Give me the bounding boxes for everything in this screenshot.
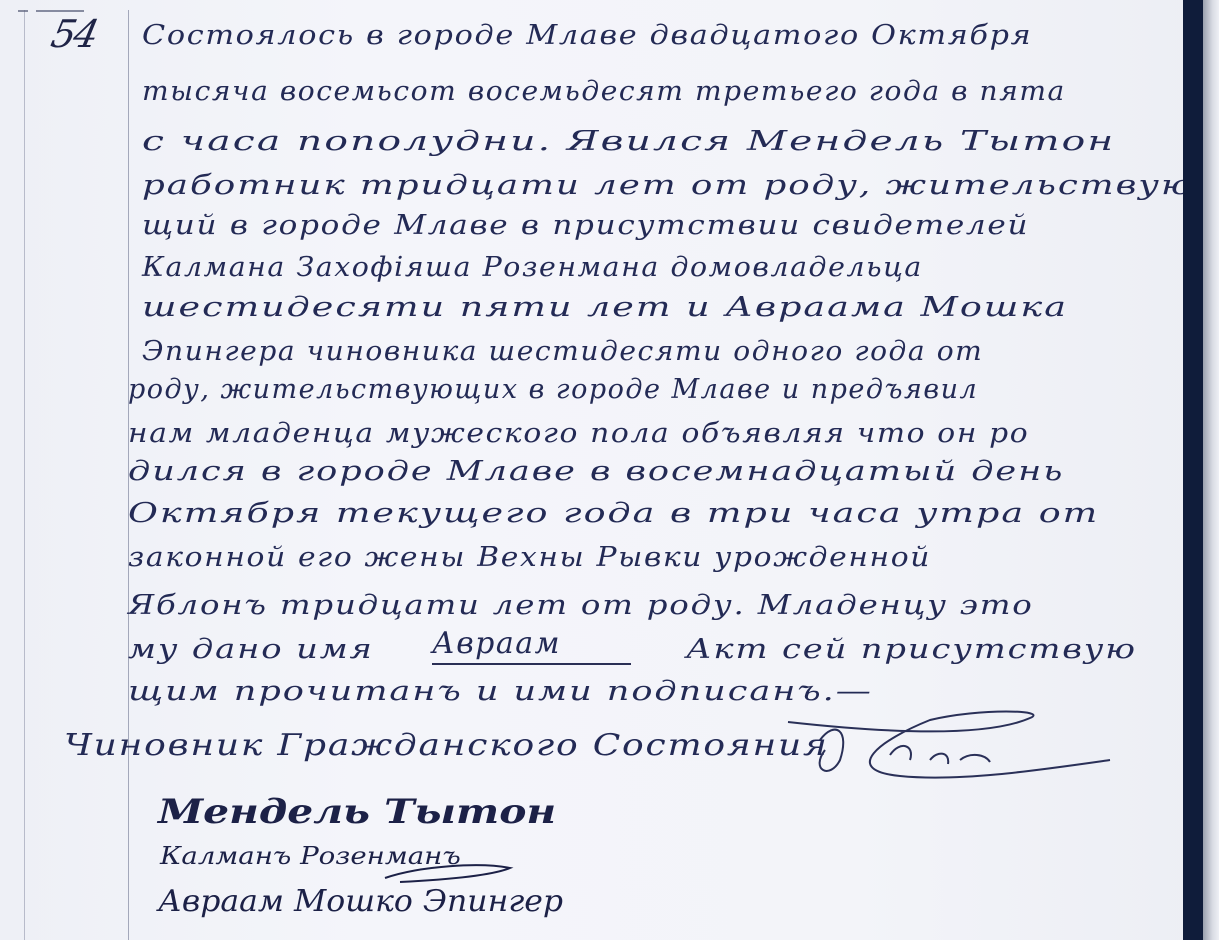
text-line: законной его жены Вехны Рывки урожденной <box>128 542 931 573</box>
left-margin-rule <box>24 10 25 940</box>
text-line: Калмана Захофіяша Розенмана домовладельц… <box>142 252 923 283</box>
text-line: Акт сей присутствую <box>686 634 1137 665</box>
text-line: Эпингера чиновника шестидесяти одного го… <box>142 336 983 367</box>
official-signature-flourish <box>780 700 1120 790</box>
text-line: тысяча восемьсот восемьдесят третьего го… <box>142 76 1066 107</box>
text-line: щий в городе Млаве в присутствии свидете… <box>142 210 1029 241</box>
text-line: Яблонъ тридцати лет от роду. Младенцу эт… <box>128 590 1034 621</box>
text-line: роду, жительствующих в городе Млаве и пр… <box>128 374 978 405</box>
text-line: с часа пополудни. Явился Мендель Тытон <box>142 126 1115 157</box>
scan-dark-edge <box>1183 0 1203 940</box>
signature-avraam: Авраам Мошко Эпингер <box>158 884 563 919</box>
text-line: Состоялось в городе Млаве двадцатого Окт… <box>142 20 1032 51</box>
top-rule-short <box>18 10 28 12</box>
signature-mendel: Мендель Тытон <box>158 792 556 832</box>
text-line: му дано имя <box>128 634 374 665</box>
text-line: нам младенца мужеского пола объявляя что… <box>128 418 1029 449</box>
text-line: работник тридцати лет от роду, жительств… <box>142 170 1194 201</box>
given-name: Авраам <box>432 626 631 665</box>
scanned-document-page: 54 Состоялось в городе Млаве двадцатого … <box>0 0 1219 940</box>
text-line: щим прочитанъ и ими подписанъ.— <box>128 676 873 707</box>
text-line: Октября текущего года в три часа утра от <box>128 498 1099 529</box>
official-title-line: Чиновник Гражданского Состояния <box>64 728 829 763</box>
text-line: шестидесяти пяти лет и Авраама Мошка <box>142 292 1068 323</box>
scan-edge-shadow <box>1203 0 1219 940</box>
text-line: дился в городе Млаве в восемнадцатый ден… <box>128 456 1064 487</box>
record-number: 54 <box>47 12 101 56</box>
